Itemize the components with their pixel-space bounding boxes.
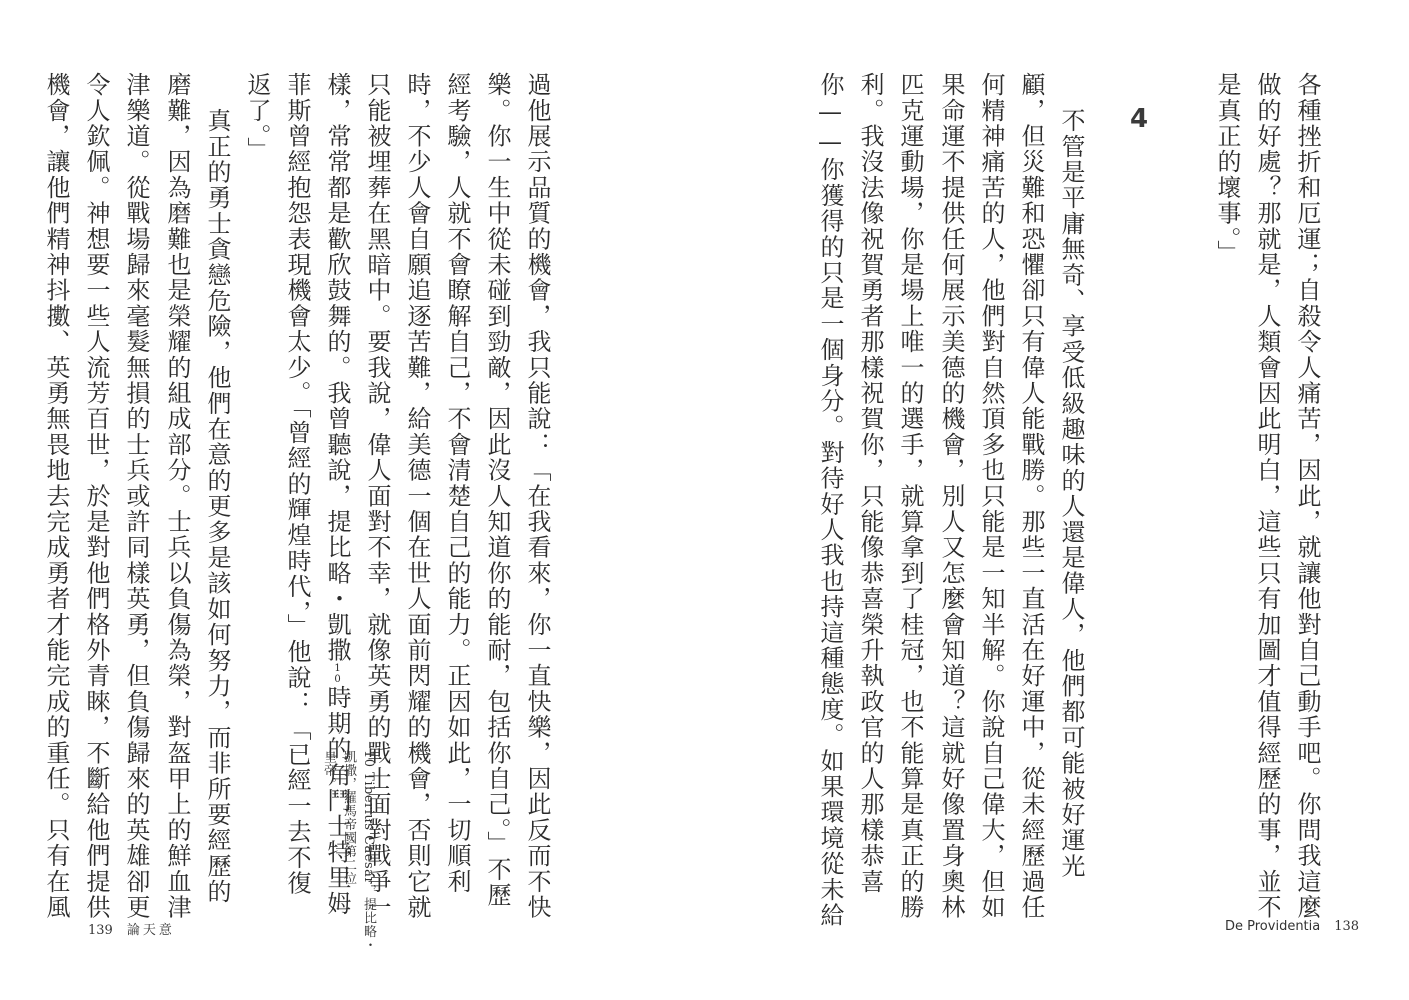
footnote-line: 凱撒，羅馬帝國第二位: [338, 750, 358, 910]
text-column: 令人欽佩。神想要一些人流芳百世，於是對他們格外青睞，不斷給他們提供: [83, 72, 109, 692]
page-footer: De Providentia 138: [1225, 919, 1359, 934]
footnote-line: 皇帝。: [318, 750, 338, 910]
left-page: 過他展示品質的機會，我只能說：「在我看來，你一直快樂，因此反而不快 樂。你一生中…: [0, 0, 704, 1000]
text-column: 只能被埋葬在黑暗中。要我說，偉人面對不幸，就像英勇的戰士面對戰爭一: [364, 72, 390, 692]
text-column: 顧，但災難和恐懼卻只有偉人能戰勝。那些一直活在好運中，從未經歷過任: [1018, 72, 1044, 692]
text-column: 菲斯曾經抱怨表現機會太少。「曾經的輝煌時代，」他說：「已經一去不復: [284, 72, 310, 692]
text-column: 各種挫折和厄運；自殺令人痛苦，因此，就讓他對自己動手吧。你問我這麼: [1294, 72, 1320, 692]
text-column-with-footnote-ref: 樣，常常都是歡欣鼓舞的。我曾聽說，提比略・凱撒10時期的角鬥士特里姆: [324, 72, 350, 692]
text-column: 利。我沒法像祝賀勇者那樣祝賀你，只能像恭喜榮升執政官的人那樣恭喜: [857, 72, 883, 692]
running-title: De Providentia: [1225, 919, 1320, 934]
running-title: 論天意: [127, 919, 175, 938]
text-column: 何精神痛苦的人，他們對自然頂多也只能是一知半解。你說自己偉大，但如: [978, 72, 1004, 692]
text-column: 過他展示品質的機會，我只能說：「在我看來，你一直快樂，因此反而不快: [524, 72, 550, 692]
text-column: 匹克運動場，你是場上唯一的選手，就算拿到了桂冠，也不能算是真正的勝: [897, 72, 923, 692]
text-column: 樂。你一生中從未碰到勁敵，因此沒人知道你的能耐，包括你自己。」不歷: [484, 72, 510, 692]
text-column: 做的好處？那就是，人類會因此明白，這些只有加圖才值得經歷的事，並不: [1254, 72, 1280, 692]
section-number: 4: [1130, 104, 1148, 134]
text-column: 是真正的壞事。」: [1214, 72, 1240, 692]
text-column: 你——你獲得的只是一個身分。對待好人我也持這種態度。如果環境從未給: [817, 72, 843, 692]
text-column-part: 樣，常常都是歡欣鼓舞的。我曾聽說，提比略・凱撒: [323, 72, 351, 663]
text-column: 返了。」: [244, 72, 270, 692]
text-column: 機會，讓他們精神抖擻、英勇無畏地去完成勇者才能完成的重任。只有在風: [43, 72, 69, 692]
paragraph-start-column: 真正的勇士貪戀危險，他們在意的更多是該如何努力，而非所要經歷的: [204, 108, 230, 728]
text-column: 時，不少人會自願追逐苦難，給美德一個在世人面前閃耀的機會，否則它就: [404, 72, 430, 692]
page-number: 138: [1334, 919, 1359, 934]
text-column: 經考驗，人就不會瞭解自己，不會清楚自己的能力。正因如此，一切順利: [444, 72, 470, 692]
footnote-reference[interactable]: 10: [332, 663, 343, 685]
text-column: 果命運不提供任何展示美德的機會，別人又怎麼會知道？這就好像置身奧林: [938, 72, 964, 692]
right-page: 各種挫折和厄運；自殺令人痛苦，因此，就讓他對自己動手吧。你問我這麼 做的好處？那…: [705, 0, 1409, 1000]
page-number: 139: [88, 923, 113, 938]
page-footer: 139 論天意: [88, 919, 175, 938]
paragraph-start-column: 不管是平庸無奇、享受低級趣味的人還是偉人，他們都可能被好運光: [1058, 108, 1084, 728]
text-column: 磨難，因為磨難也是榮耀的組成部分。士兵以負傷為榮，對盔甲上的鮮血津: [164, 72, 190, 692]
footnote: 10 Tiberius Caesar，提比略・ 凱撒，羅馬帝國第二位 皇帝。: [318, 750, 378, 910]
footnote-line: 10 Tiberius Caesar，提比略・: [358, 750, 378, 910]
text-column: 津樂道。從戰場歸來毫髮無損的士兵或許同樣英勇，但負傷歸來的英雄卻更: [123, 72, 149, 692]
